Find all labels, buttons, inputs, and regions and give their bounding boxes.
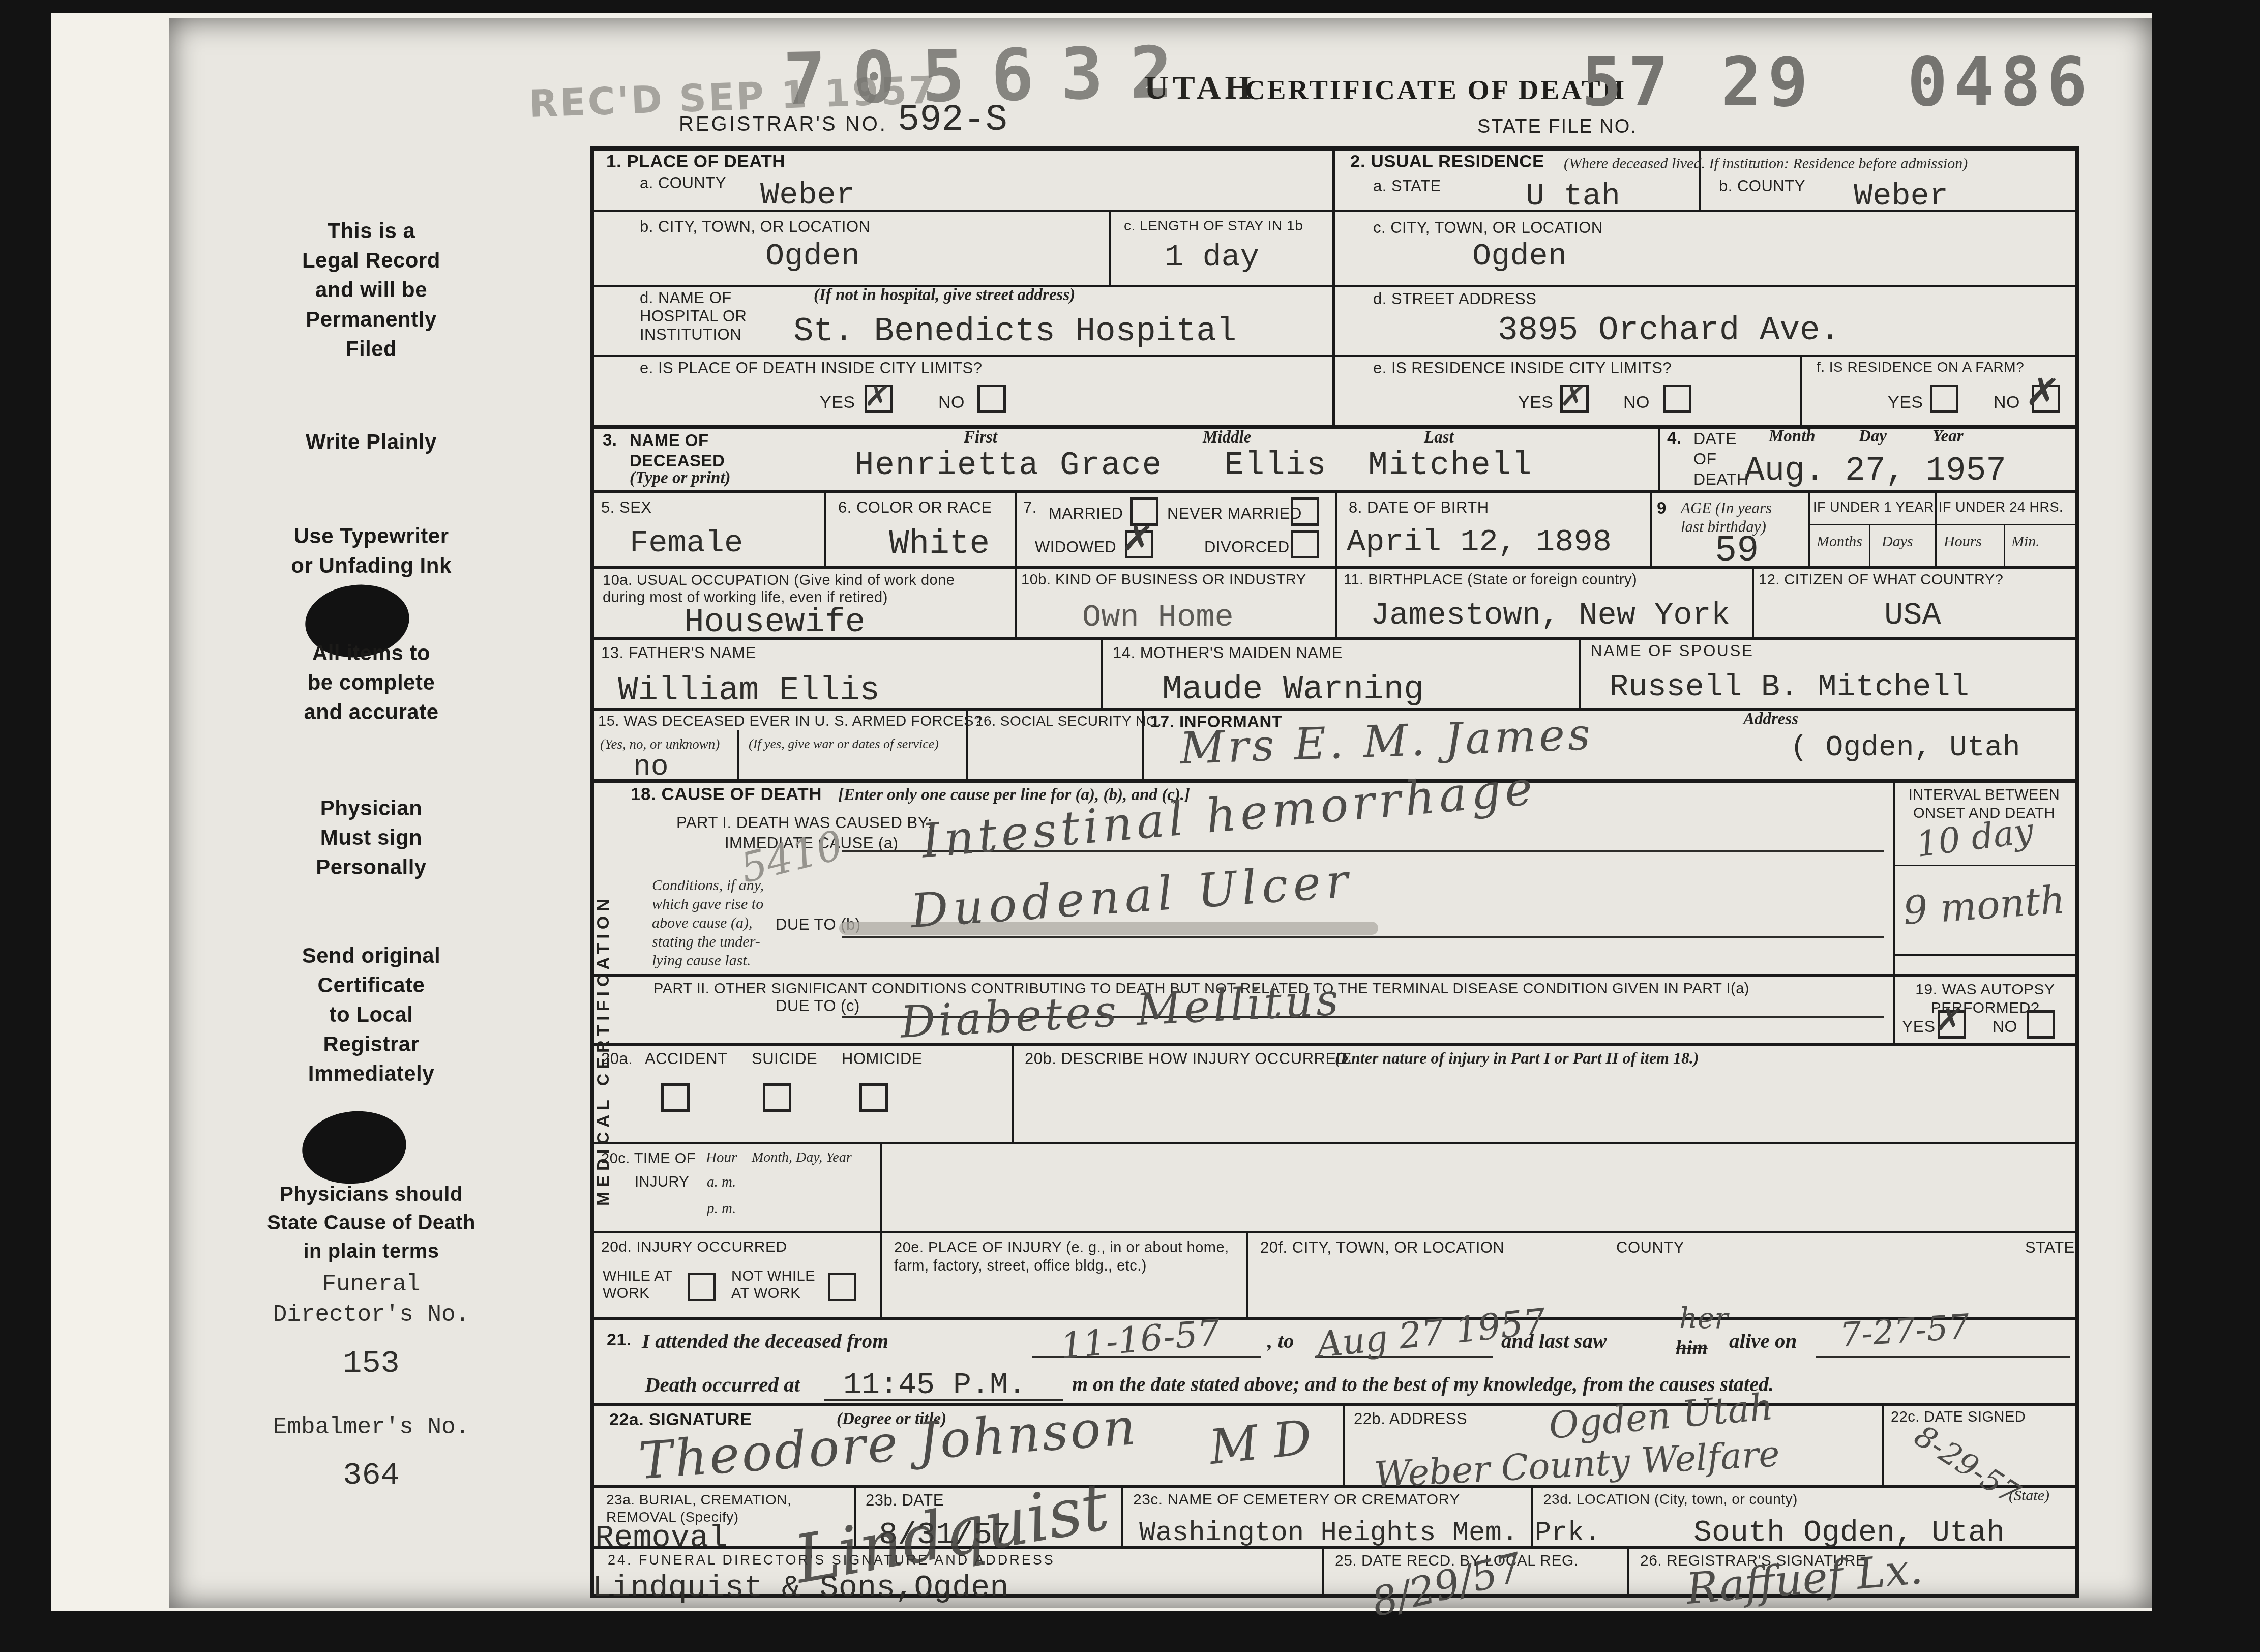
line-v-s7-s8 xyxy=(1335,490,1337,566)
s2c-city-value: Ogden xyxy=(1472,238,1567,274)
s2-header-note: (Where deceased lived. If institution: R… xyxy=(1564,155,1968,172)
s8-birthdate-value: April 12, 1898 xyxy=(1347,524,1612,560)
s2b-county-value: Weber xyxy=(1854,178,1948,214)
s1b-city-value: Ogden xyxy=(765,238,860,274)
s20e-label: 20e. PLACE OF INJURY (e. g., in or about… xyxy=(894,1238,1229,1275)
funeral-director-no: 153 xyxy=(168,1345,575,1381)
him-struck-label: him xyxy=(1676,1337,1708,1360)
registrars-no-label: REGISTRAR'S NO. xyxy=(679,113,887,136)
s6-race-value: White xyxy=(889,525,990,563)
s2-header: 2. USUAL RESIDENCE xyxy=(1350,152,1544,172)
s5-sex-value: Female xyxy=(630,525,743,561)
line-h-1876 xyxy=(1893,954,2075,956)
checkbox-20a-homicide xyxy=(859,1083,888,1112)
checkbox-2f-no: ✗ xyxy=(2032,385,2060,413)
s10a-occupation-value: Housewife xyxy=(684,603,865,641)
s4-date-of-death-value: Aug. 27, 1957 xyxy=(1744,452,2006,490)
s9-under24-label: IF UNDER 24 HRS. xyxy=(1939,499,2063,515)
s1d-hospital-note: (If not in hospital, give street address… xyxy=(814,286,1075,305)
checkbox-2e-no xyxy=(1663,385,1691,413)
checkbox-2f-yes xyxy=(1930,385,1958,413)
s21-text1: I attended the deceased from xyxy=(642,1329,888,1353)
s4-day-label: Day xyxy=(1859,427,1887,446)
embalmer-no-label: Embalmer's No. xyxy=(168,1414,575,1440)
s9-months-label: Months xyxy=(1817,533,1862,550)
funeral-director-no-label: Funeral Director's No. xyxy=(168,1269,575,1330)
line-v-14-spouse xyxy=(1579,637,1581,708)
s3-note: (Type or print) xyxy=(630,469,731,488)
s23c-cemetery-label: 23c. NAME OF CEMETERY OR CREMATORY xyxy=(1133,1491,1460,1509)
death-time-value: 11:45 P.M. xyxy=(843,1368,1026,1403)
s20f-label: 20f. CITY, TOWN, OR LOCATION xyxy=(1260,1238,1504,1257)
s1e-no-label: NO xyxy=(938,393,965,412)
line-v-15-notes xyxy=(737,730,739,779)
x-mark: ✗ xyxy=(1120,516,1155,562)
s20a-accident-label: ACCIDENT xyxy=(645,1050,727,1068)
s19-yes-label: YES xyxy=(1902,1017,1936,1036)
line-v-22a-22b xyxy=(1343,1403,1345,1485)
line-v-s1-s2 xyxy=(1332,146,1335,425)
s20f-state-label: STATE xyxy=(2025,1238,2075,1257)
margin-note-plain-terms: Physicians should State Cause of Death i… xyxy=(158,1180,585,1265)
line-v-hours-min xyxy=(2004,524,2005,566)
s1a-county-value: Weber xyxy=(760,177,855,213)
s1c-length-label: c. LENGTH OF STAY IN 1b xyxy=(1124,218,1303,234)
s4-year-label: Year xyxy=(1932,427,1964,446)
s14-mother-value: Maude Warning xyxy=(1162,670,1424,709)
s9-min-label: Min. xyxy=(2011,533,2040,550)
margin-note-typewriter: Use Typewriter or Unfading Ink xyxy=(168,521,575,580)
s20c-pm-label: p. m. xyxy=(707,1200,736,1217)
s2b-county-label: b. COUNTY xyxy=(1719,177,1805,195)
checkbox-19-no xyxy=(2027,1010,2055,1039)
checkbox-20a-accident xyxy=(661,1083,690,1112)
s16-ssn-label: 16. SOCIAL SECURITY NO. xyxy=(975,713,1162,729)
s17-address-value: ( Ogden, Utah xyxy=(1790,731,2020,764)
s2f-yes-label: YES xyxy=(1888,393,1923,412)
line-v-s9-under1 xyxy=(1808,490,1810,566)
checkbox-2e-yes: ✗ xyxy=(1560,385,1589,413)
line-h-2245 xyxy=(590,1142,2075,1144)
s14-mother-label: 14. MOTHER'S MAIDEN NAME xyxy=(1113,644,1343,662)
embalmer-no: 364 xyxy=(168,1457,575,1493)
line-h-2920 xyxy=(590,1485,2075,1488)
s3-first-label: First xyxy=(964,428,997,447)
s23d-location-label: 23d. LOCATION (City, town, or county) xyxy=(1543,1491,1798,1508)
s2e-no-label: NO xyxy=(1623,393,1650,412)
s9-age-value: 59 xyxy=(1715,530,1759,572)
s21-text6: m on the date stated above; and to the b… xyxy=(1072,1372,1774,1396)
physician-degree: M D xyxy=(1207,1410,1315,1476)
checkbox-7-never-married xyxy=(1291,497,1319,526)
s4-month-label: Month xyxy=(1769,427,1816,446)
line-v-20e-20f xyxy=(1246,1231,1248,1317)
s3-num: 3. xyxy=(603,430,617,450)
s17-address-label: Address xyxy=(1743,710,1798,729)
s22c-date-signed-label: 22c. DATE SIGNED xyxy=(1891,1409,2026,1426)
s20a-suicide-label: SUICIDE xyxy=(752,1050,817,1068)
line-v-24-25 xyxy=(1322,1546,1324,1594)
line-v-10b-11 xyxy=(1335,566,1337,637)
s1b-city-label: b. CITY, TOWN, OR LOCATION xyxy=(640,218,870,236)
line-v-20c xyxy=(880,1142,882,1231)
checkbox-1e-yes: ✗ xyxy=(865,385,893,413)
s9-days-label: Days xyxy=(1882,533,1913,550)
line-v-25-26 xyxy=(1627,1546,1629,1594)
s20f-county-label: COUNTY xyxy=(1616,1238,1684,1257)
s2f-no-label: NO xyxy=(1994,393,2020,412)
s21-text3: and last saw xyxy=(1501,1329,1607,1353)
s7-never-married-label: NEVER MARRIED xyxy=(1167,505,1302,523)
s15-value: no xyxy=(633,751,669,784)
line-v-23b-23c xyxy=(1121,1485,1123,1546)
s10b-business-value: Own Home xyxy=(1082,599,1234,635)
line-v-10a-10b xyxy=(1015,566,1017,637)
line-v-1b-1c xyxy=(1109,210,1111,285)
margin-note-send-original: Send original Certificate to Local Regis… xyxy=(168,941,575,1088)
line-h-836 xyxy=(590,425,2075,429)
margin-note-complete: All items to be complete and accurate xyxy=(168,638,575,727)
s1d-hospital-value: St. Benedicts Hospital xyxy=(793,312,1236,350)
s2e-yes-label: YES xyxy=(1518,393,1554,412)
scanned-death-certificate: This is a Legal Record and will be Perma… xyxy=(0,0,2260,1652)
s21-text2: , to xyxy=(1267,1329,1294,1353)
s11-birthplace-value: Jamestown, New York xyxy=(1371,597,1730,633)
x-mark: ✗ xyxy=(863,377,892,415)
s20d-while-label: WHILE AT WORK xyxy=(603,1267,672,1302)
s4-label: DATE OF DEATH xyxy=(1693,428,1749,489)
line-h-1112 xyxy=(590,566,2075,569)
s20c-label: 20c. TIME OF xyxy=(601,1150,696,1167)
s20b-label: 20b. DESCRIBE HOW INJURY OCCURRED. xyxy=(1025,1050,1353,1068)
s1-header: 1. PLACE OF DEATH xyxy=(606,152,785,172)
s20a-num: 20a. xyxy=(601,1050,633,1068)
cemetery-value: Washington Heights Mem. Prk. xyxy=(1139,1518,1600,1549)
spouse-value: Russell B. Mitchell xyxy=(1610,669,1969,705)
s2a-state-label: a. STATE xyxy=(1373,177,1441,195)
s20d-label: 20d. INJURY OCCURRED xyxy=(601,1238,787,1256)
s23d-state-note: (State) xyxy=(2009,1487,2049,1504)
x-mark: ✗ xyxy=(1934,1000,1966,1041)
checkbox-20d-while xyxy=(688,1273,716,1301)
checkbox-7-widowed: ✗ xyxy=(1125,530,1153,558)
s21-text4: alive on xyxy=(1729,1329,1797,1353)
line-v-s5-s6 xyxy=(824,490,826,566)
line-h-1030 xyxy=(1808,524,2075,525)
s1e-citylimits-label: e. IS PLACE OF DEATH INSIDE CITY LIMITS? xyxy=(640,359,982,377)
form-border-right xyxy=(2075,146,2079,1598)
s20c-hour-label: Hour xyxy=(706,1149,737,1166)
underline-cause-b xyxy=(842,936,1884,938)
s8-birthdate-label: 8. DATE OF BIRTH xyxy=(1349,498,1489,517)
s13-father-value: William Ellis xyxy=(618,671,880,710)
s5-sex-label: 5. SEX xyxy=(601,498,652,517)
s1c-length-value: 1 day xyxy=(1165,239,1259,275)
burial-location-value: South Ogden, Utah xyxy=(1693,1516,2005,1550)
underline-21-alive xyxy=(1816,1356,2070,1358)
s15-note1: (Yes, no, or unknown) xyxy=(600,736,720,752)
s9-num: 9 xyxy=(1657,498,1667,518)
checkbox-7-divorced xyxy=(1291,530,1319,558)
s20c-am-label: a. m. xyxy=(707,1174,736,1191)
s12-citizen-label: 12. CITIZEN OF WHAT COUNTRY? xyxy=(1759,572,2003,588)
line-v-20a-20b xyxy=(1012,1043,1014,1142)
line-v-13-14 xyxy=(1101,637,1103,708)
s3-name-value: Henrietta Grace Ellis Mitchell xyxy=(854,448,1532,484)
s2d-street-label: d. STREET ADDRESS xyxy=(1373,290,1536,308)
s22b-address-label: 22b. ADDRESS xyxy=(1354,1410,1467,1428)
line-h-2420 xyxy=(590,1231,2075,1233)
margin-note-write-plainly: Write Plainly xyxy=(168,430,575,454)
s21-num: 21. xyxy=(607,1330,632,1350)
line-v-under1-under24 xyxy=(1935,490,1937,566)
s7-widowed-label: WIDOWED xyxy=(1035,538,1116,556)
line-v-months-days xyxy=(1869,524,1870,566)
burial-removal-value: Removal xyxy=(595,1520,727,1556)
line-v-22b-22c xyxy=(1882,1403,1884,1485)
s3-last-label: Last xyxy=(1424,428,1454,447)
s18-due-c-label: DUE TO (c) xyxy=(776,997,860,1015)
s11-birthplace-label: 11. BIRTHPLACE (State or foreign country… xyxy=(1344,572,1637,588)
s2f-farm-label: f. IS RESIDENCE ON A FARM? xyxy=(1817,359,2024,375)
s19-no-label: NO xyxy=(1993,1017,2017,1036)
s6-race-label: 6. COLOR OR RACE xyxy=(838,498,992,517)
s7-married-label: MARRIED xyxy=(1049,505,1123,523)
x-mark: ✗ xyxy=(2024,368,2062,417)
s2c-city-label: c. CITY, TOWN, OR LOCATION xyxy=(1373,219,1603,237)
s2a-state-value: U tah xyxy=(1526,178,1620,214)
s1a-county-label: a. COUNTY xyxy=(640,174,726,192)
line-h-964 xyxy=(590,490,2075,493)
s1d-hospital-label: d. NAME OF HOSPITAL OR INSTITUTION xyxy=(640,289,747,344)
s21-text5: Death occurred at xyxy=(645,1372,800,1397)
s12-citizen-value: USA xyxy=(1884,597,1941,633)
s2e-citylimits-label: e. IS RESIDENCE INSIDE CITY LIMITS? xyxy=(1373,359,1672,377)
her-handwritten: her xyxy=(1679,1302,1728,1335)
checkbox-1e-no xyxy=(977,385,1006,413)
s20d-notwhile-label: NOT WHILE AT WORK xyxy=(731,1267,815,1302)
s18-conditions-label: Conditions, if any, which gave rise to a… xyxy=(652,876,764,970)
s10a-occupation-label: 10a. USUAL OCCUPATION (Give kind of work… xyxy=(603,572,955,606)
s20c-mdy-label: Month, Day, Year xyxy=(752,1149,852,1166)
s1e-yes-label: YES xyxy=(820,393,855,412)
checkbox-19-yes: ✗ xyxy=(1938,1010,1966,1039)
s20b-note: (Enter nature of injury in Part I or Par… xyxy=(1335,1049,1699,1068)
s18-header: 18. CAUSE OF DEATH xyxy=(631,784,822,805)
s13-father-label: 13. FATHER'S NAME xyxy=(601,644,756,662)
margin-note-physician-sign: Physician Must sign Personally xyxy=(168,793,575,882)
s3-middle-label: Middle xyxy=(1203,428,1251,447)
line-v-s3-s4 xyxy=(1658,425,1660,490)
spouse-label: NAME OF SPOUSE xyxy=(1591,642,1754,660)
line-h-2758 xyxy=(590,1403,2075,1406)
s2d-street-value: 3895 Orchard Ave. xyxy=(1498,311,1840,349)
s7-num: 7. xyxy=(1023,498,1037,517)
checkbox-20a-suicide xyxy=(763,1083,791,1112)
s3-label: NAME OF DECEASED xyxy=(630,430,725,471)
line-v-s6-s7 xyxy=(1015,490,1017,566)
line-h-2050 xyxy=(590,1043,2075,1046)
s9-under1-label: IF UNDER 1 YEAR xyxy=(1813,499,1934,515)
s9-hours-label: Hours xyxy=(1944,533,1982,550)
title-certificate-of-death: CERTIFICATE OF DEATH xyxy=(1245,74,1626,106)
line-v-s8-s9 xyxy=(1650,490,1652,566)
title-utah: UTAH xyxy=(1144,69,1255,107)
s15-armed-forces-label: 15. WAS DECEASED EVER IN U. S. ARMED FOR… xyxy=(598,713,983,730)
s15-note2: (If yes, give war or dates of service) xyxy=(749,736,939,752)
s20c-label2: INJURY xyxy=(635,1174,689,1191)
state-file-no-stamp: 57 29 0486 xyxy=(1582,43,2093,122)
registrars-no-value: 592-S xyxy=(898,99,1007,141)
line-v-2e-2f xyxy=(1800,355,1802,425)
s10b-business-label: 10b. KIND OF BUSINESS OR INDUSTRY xyxy=(1021,572,1306,588)
margin-note-legal-record: This is a Legal Record and will be Perma… xyxy=(168,216,575,364)
s7-divorced-label: DIVORCED xyxy=(1204,538,1290,556)
line-v-20d-20e xyxy=(880,1231,882,1317)
s4-num: 4. xyxy=(1667,428,1682,448)
checkbox-20d-notwhile xyxy=(828,1273,856,1301)
x-mark: ✗ xyxy=(1559,377,1588,415)
s20a-homicide-label: HOMICIDE xyxy=(842,1050,923,1068)
line-v-11-12 xyxy=(1752,566,1754,637)
